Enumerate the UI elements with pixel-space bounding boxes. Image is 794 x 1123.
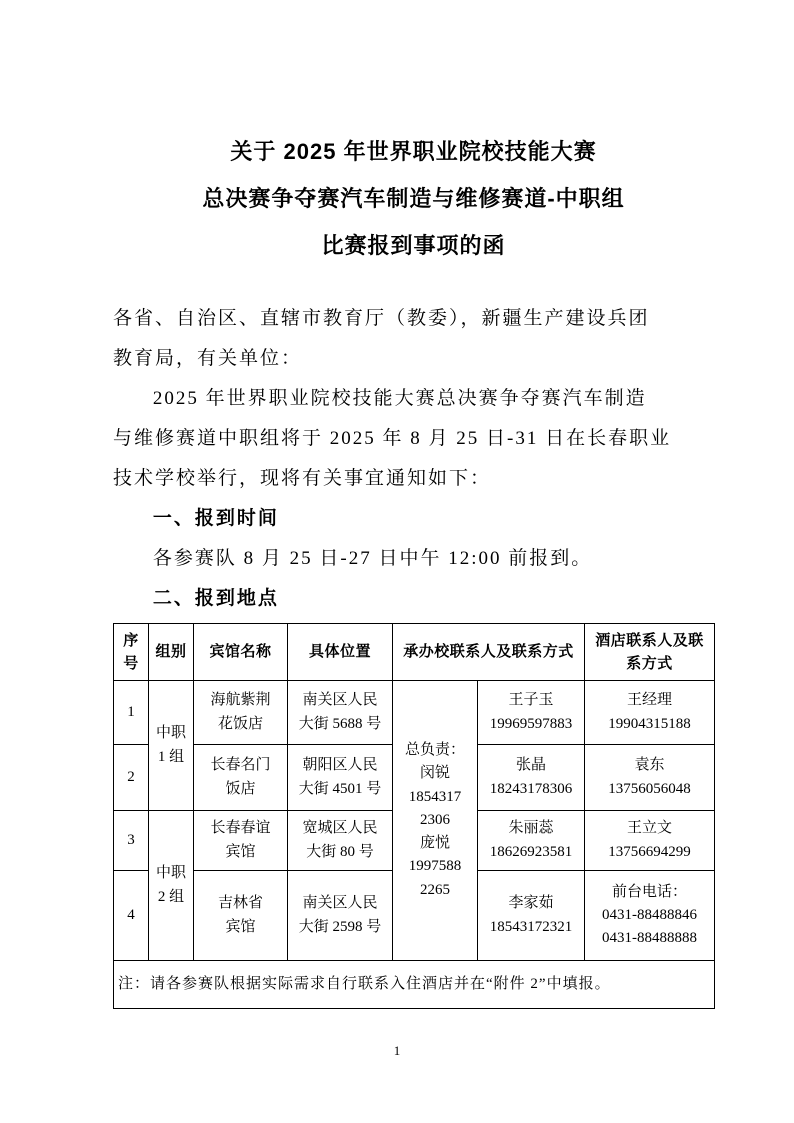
document-page: 关于 2025 年世界职业院校技能大赛 总决赛争夺赛汽车制造与维修赛道-中职组 … <box>0 0 794 1123</box>
seq-cell: 2 <box>114 745 149 811</box>
organizer-cell: 总负责： 闵锐 1854317 2306 庞悦 1997588 2265 <box>393 681 478 961</box>
salutation-line-1: 各省、自治区、直辖市教育厅（教委），新疆生产建设兵团 <box>113 299 714 339</box>
checkin-location-table: 序号 组别 宾馆名称 具体位置 承办校联系人及联系方式 酒店联系人及联系方式 1… <box>113 623 715 1009</box>
hotel-name-cell: 长春春谊 宾馆 <box>194 811 288 871</box>
title-line-1: 关于 2025 年世界职业院校技能大赛 <box>113 128 714 175</box>
table-note-row: 注：请各参赛队根据实际需求自行联系入住酒店并在“附件 2”中填报。 <box>114 961 715 1009</box>
intro-line-1: 2025 年世界职业院校技能大赛总决赛争夺赛汽车制造 <box>113 379 714 419</box>
hotel-contact-cell: 王立文 13756694299 <box>585 811 715 871</box>
school-contact-cell: 李家茹 18543172321 <box>478 871 585 961</box>
header-seq: 序号 <box>114 624 149 681</box>
hotel-name-cell: 海航紫荆 花饭店 <box>194 681 288 745</box>
title-line-3: 比赛报到事项的函 <box>113 222 714 269</box>
seq-cell: 3 <box>114 811 149 871</box>
letter-body: 各省、自治区、直辖市教育厅（教委），新疆生产建设兵团 教育局，有关单位： 202… <box>113 299 714 619</box>
group-cell-1: 中职 1 组 <box>149 681 194 811</box>
school-contact-cell: 朱丽蕊 18626923581 <box>478 811 585 871</box>
section-1-body: 各参赛队 8 月 25 日-27 日中午 12:00 前报到。 <box>113 539 714 579</box>
seq-cell: 1 <box>114 681 149 745</box>
header-location: 具体位置 <box>288 624 393 681</box>
intro-line-2: 与维修赛道中职组将于 2025 年 8 月 25 日-31 日在长春职业 <box>113 419 714 459</box>
table-note: 注：请各参赛队根据实际需求自行联系入住酒店并在“附件 2”中填报。 <box>114 961 715 1009</box>
header-hotel-name: 宾馆名称 <box>194 624 288 681</box>
hotel-contact-cell: 前台电话： 0431-88488846 0431-88488888 <box>585 871 715 961</box>
header-school-contact: 承办校联系人及联系方式 <box>393 624 585 681</box>
title-line-2: 总决赛争夺赛汽车制造与维修赛道-中职组 <box>113 175 714 222</box>
intro-line-3: 技术学校举行，现将有关事宜通知如下： <box>113 459 714 499</box>
page-number: 1 <box>0 1043 794 1059</box>
group-cell-2: 中职 2 组 <box>149 811 194 961</box>
document-title: 关于 2025 年世界职业院校技能大赛 总决赛争夺赛汽车制造与维修赛道-中职组 … <box>113 128 714 269</box>
location-cell: 南关区人民 大街 5688 号 <box>288 681 393 745</box>
hotel-name-cell: 长春名门 饭店 <box>194 745 288 811</box>
hotel-contact-cell: 王经理 19904315188 <box>585 681 715 745</box>
salutation-line-2: 教育局，有关单位： <box>113 339 714 379</box>
section-2-heading: 二、报到地点 <box>113 579 714 619</box>
location-cell: 宽城区人民 大街 80 号 <box>288 811 393 871</box>
seq-cell: 4 <box>114 871 149 961</box>
location-cell: 南关区人民 大街 2598 号 <box>288 871 393 961</box>
location-cell: 朝阳区人民 大街 4501 号 <box>288 745 393 811</box>
header-group: 组别 <box>149 624 194 681</box>
table-row: 1 中职 1 组 海航紫荆 花饭店 南关区人民 大街 5688 号 总负责： 闵… <box>114 681 715 745</box>
hotel-name-cell: 吉林省 宾馆 <box>194 871 288 961</box>
header-hotel-contact: 酒店联系人及联系方式 <box>585 624 715 681</box>
document-content: 关于 2025 年世界职业院校技能大赛 总决赛争夺赛汽车制造与维修赛道-中职组 … <box>0 0 794 1009</box>
school-contact-cell: 张晶 18243178306 <box>478 745 585 811</box>
section-1-heading: 一、报到时间 <box>113 499 714 539</box>
school-contact-cell: 王子玉 19969597883 <box>478 681 585 745</box>
hotel-contact-cell: 袁东 13756056048 <box>585 745 715 811</box>
table-header-row: 序号 组别 宾馆名称 具体位置 承办校联系人及联系方式 酒店联系人及联系方式 <box>114 624 715 681</box>
